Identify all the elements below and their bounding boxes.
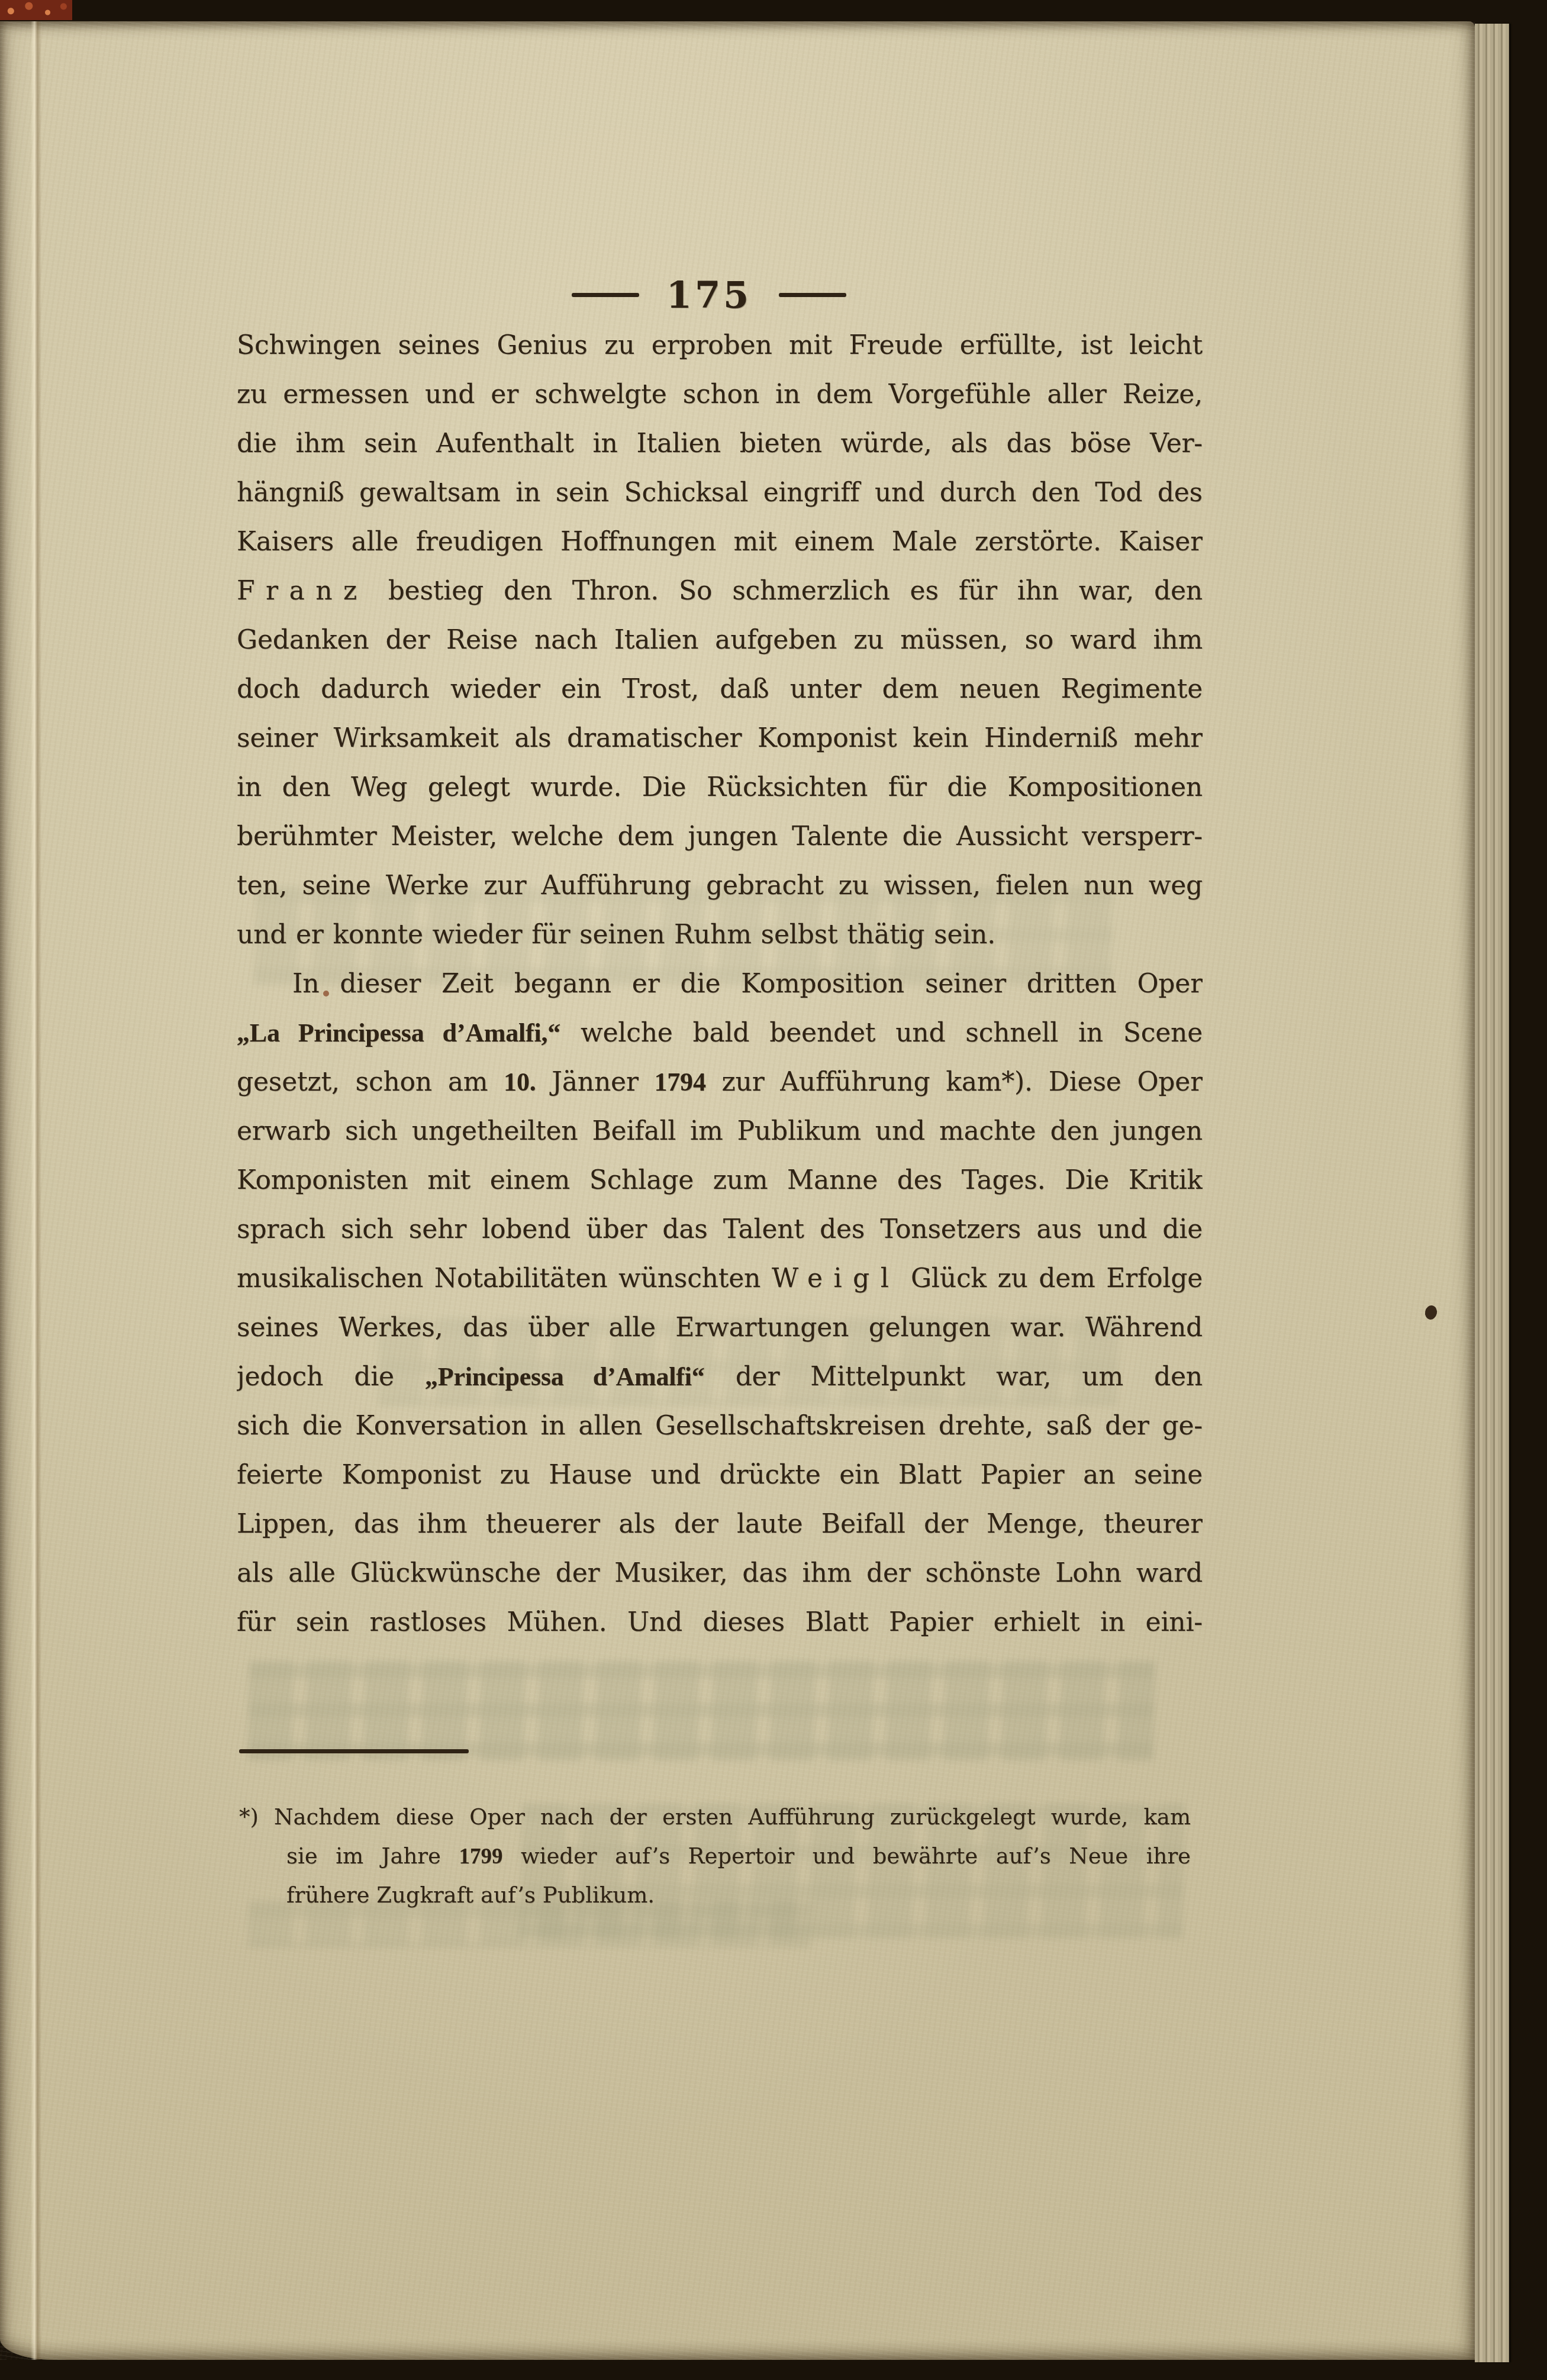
text-segment-fraktur: Komponisten mit einem Schlage zum Manne … <box>237 1165 1203 1195</box>
body-line: die ihm sein Aufenthalt in Italien biete… <box>237 419 1203 468</box>
text-segment-antiqua: „La Principessa d’Amalfi,“ <box>237 1018 560 1047</box>
text-segment-fraktur: für sein rastloses Mühen. Und dieses Bla… <box>237 1607 1203 1637</box>
body-line: berühmter Meister, welche dem jungen Tal… <box>237 812 1203 861</box>
text-segment-fraktur: doch dadurch wieder ein Trost, daß unter… <box>237 674 1203 704</box>
body-line-paragraph-start: In dieser Zeit begann er die Komposition… <box>237 959 1203 1008</box>
text-segment-antiqua: 1794 <box>655 1068 706 1097</box>
body-line: seines Werkes, das über alle Erwartungen… <box>237 1303 1203 1352</box>
header-rule-right <box>779 293 846 297</box>
book-scan: 175 Schwingen seines Genius zu erproben … <box>0 0 1547 2380</box>
binding-crease <box>31 21 41 2360</box>
text-segment-fraktur: wieder auf’s Repertoir und bewährte auf’… <box>502 1843 1191 1869</box>
text-segment-fraktur: frühere Zugkraft auf’s Publikum. <box>286 1882 655 1908</box>
body-line: Schwingen seines Genius zu erproben mit … <box>237 321 1203 370</box>
footnote-line: *) Nachdem diese Oper nach der ersten Au… <box>239 1798 1191 1837</box>
page-number: 175 <box>666 273 752 317</box>
text-segment-fraktur: und er konnte wieder für seinen Ruhm sel… <box>237 920 995 950</box>
text-segment-fraktur: seines Werkes, das über alle Erwartungen… <box>237 1312 1203 1343</box>
text-segment-fraktur: *) Nachdem diese Oper nach der ersten Au… <box>239 1804 1191 1830</box>
text-segment-fraktur: in den Weg gelegt wurde. Die Rücksichten… <box>237 772 1203 802</box>
text-segment-fraktur: erwarb sich ungetheilten Beifall im Publ… <box>237 1116 1203 1146</box>
text-segment-fraktur: hängniß gewaltsam in sein Schicksal eing… <box>237 478 1203 508</box>
book-page: 175 Schwingen seines Genius zu erproben … <box>0 21 1475 2360</box>
text-segment-fraktur: sich die Konversation in allen Gesellsch… <box>237 1411 1203 1441</box>
text-segment-fraktur: ten, seine Werke zur Aufführung gebracht… <box>237 870 1203 901</box>
text-segment-fraktur: seiner Wirksamkeit als dramatischer Komp… <box>237 723 1203 753</box>
text-segment-fraktur: sprach sich sehr lobend über das Talent … <box>237 1214 1203 1244</box>
body-line: für sein rastloses Mühen. Und dieses Bla… <box>237 1598 1203 1647</box>
text-segment-antiqua: 10. <box>504 1068 536 1097</box>
body-text: Schwingen seines Genius zu erproben mit … <box>237 321 1203 1647</box>
header-rule-left <box>572 293 639 297</box>
text-segment-fraktur: Glück zu dem Erfolge <box>900 1263 1203 1294</box>
marbled-cover-corner <box>0 0 72 20</box>
text-segment-fraktur: Jänner <box>536 1067 655 1097</box>
body-line: sich die Konversation in allen Gesellsch… <box>237 1401 1203 1450</box>
text-segment-fraktur: musikalischen Notabilitäten wünschten <box>237 1263 772 1294</box>
body-line: Franz bestieg den Thron. So schmerzlich … <box>237 566 1203 615</box>
text-segment-fraktur: Schwingen seines Genius zu erproben mit … <box>237 330 1203 360</box>
body-line: und er konnte wieder für seinen Ruhm sel… <box>237 910 1203 959</box>
text-segment-fraktur: zur Aufführung kam*). Diese Oper <box>706 1067 1203 1097</box>
text-segment-fraktur: welche bald beendet und schnell in Scene <box>560 1018 1203 1048</box>
text-segment-fraktur: berühmter Meister, welche dem jungen Tal… <box>237 821 1203 852</box>
footnote-line: frühere Zugkraft auf’s Publikum. <box>239 1876 1191 1915</box>
text-segment-fraktur: als alle Glückwünsche der Musiker, das i… <box>237 1558 1203 1588</box>
body-line: Lippen, das ihm theuerer als der laute B… <box>237 1499 1203 1549</box>
text-segment-fraktur: Gedanken der Reise nach Italien aufgeben… <box>237 625 1203 655</box>
body-line: Gedanken der Reise nach Italien aufgeben… <box>237 615 1203 665</box>
text-segment-fraktur: bestieg den Thron. So schmerzlich es für… <box>368 576 1203 606</box>
body-line: Kaisers alle freudigen Hoffnungen mit ei… <box>237 517 1203 566</box>
bleed-through-artifact <box>248 1660 1155 1761</box>
text-segment-antiqua: 1799 <box>459 1844 502 1869</box>
body-line: zu ermessen und er schwelgte schon in de… <box>237 370 1203 419</box>
text-segment-fraktur: In dieser Zeit begann er die Komposition… <box>292 969 1203 999</box>
page-stack-edge <box>1475 24 1509 2362</box>
body-line: sprach sich sehr lobend über das Talent … <box>237 1205 1203 1254</box>
text-segment-antiqua: „Principessa d’Amalfi“ <box>425 1362 705 1391</box>
text-segment-spaced: Weigl <box>772 1263 900 1294</box>
ink-spot <box>1424 1304 1439 1321</box>
text-segment-fraktur: jedoch die <box>237 1362 425 1392</box>
footnote-line: sie im Jahre 1799 wieder auf’s Repertoir… <box>239 1837 1191 1876</box>
body-line: gesetzt, schon am 10. Jänner 1794 zur Au… <box>237 1057 1203 1107</box>
text-segment-fraktur: feierte Komponist zu Hause und drückte e… <box>237 1460 1203 1490</box>
text-segment-fraktur: gesetzt, schon am <box>237 1067 504 1097</box>
body-line: seiner Wirksamkeit als dramatischer Komp… <box>237 714 1203 763</box>
text-segment-spaced: Franz <box>237 576 368 606</box>
text-segment-fraktur: die ihm sein Aufenthalt in Italien biete… <box>237 428 1203 459</box>
footnote-separator <box>239 1749 469 1753</box>
body-line: erwarb sich ungetheilten Beifall im Publ… <box>237 1107 1203 1156</box>
text-segment-fraktur: Kaisers alle freudigen Hoffnungen mit ei… <box>237 527 1203 557</box>
stain-spot <box>323 991 329 996</box>
page-header: 175 <box>567 262 851 328</box>
body-line: feierte Komponist zu Hause und drückte e… <box>237 1450 1203 1499</box>
text-segment-fraktur: Lippen, das ihm theuerer als der laute B… <box>237 1509 1203 1539</box>
body-line: hängniß gewaltsam in sein Schicksal eing… <box>237 468 1203 517</box>
text-segment-fraktur: zu ermessen und er schwelgte schon in de… <box>237 379 1203 409</box>
body-line: doch dadurch wieder ein Trost, daß unter… <box>237 665 1203 714</box>
text-segment-fraktur: der Mittelpunkt war, um den <box>705 1362 1203 1392</box>
footnote: *) Nachdem diese Oper nach der ersten Au… <box>239 1798 1191 1915</box>
body-line: jedoch die „Principessa d’Amalfi“ der Mi… <box>237 1352 1203 1401</box>
body-line: ten, seine Werke zur Aufführung gebracht… <box>237 861 1203 910</box>
text-segment-fraktur: sie im Jahre <box>286 1843 459 1869</box>
body-line: als alle Glückwünsche der Musiker, das i… <box>237 1549 1203 1598</box>
body-line: musikalischen Notabilitäten wünschten We… <box>237 1254 1203 1303</box>
body-line: Komponisten mit einem Schlage zum Manne … <box>237 1156 1203 1205</box>
body-line: „La Principessa d’Amalfi,“ welche bald b… <box>237 1008 1203 1057</box>
body-line: in den Weg gelegt wurde. Die Rücksichten… <box>237 763 1203 812</box>
